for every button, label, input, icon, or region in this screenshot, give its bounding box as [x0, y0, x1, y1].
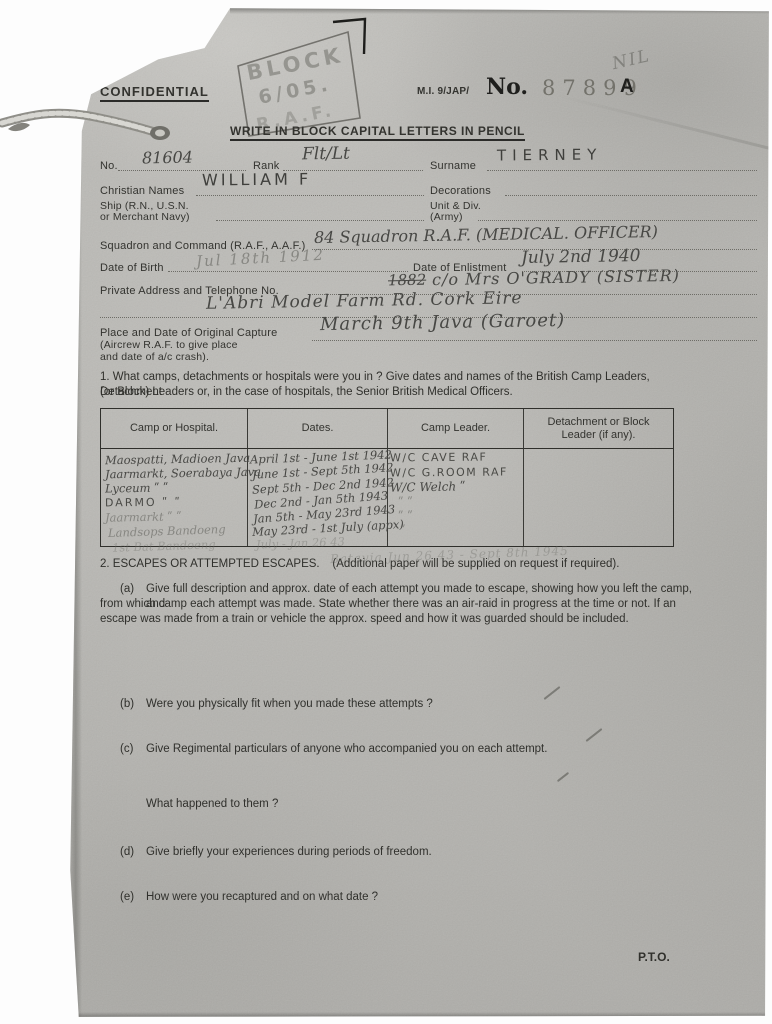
question2d-text: Give briefly your experiences during per…	[146, 845, 432, 860]
question2d-prefix: (d)	[120, 845, 134, 860]
paper-top-edge	[230, 7, 772, 14]
question2a-line2: from which camp each attempt was made. S…	[100, 597, 698, 612]
question2c-followup: What happened to them ?	[146, 797, 278, 812]
pto-marking: P.T.O.	[638, 950, 670, 965]
table-cell-detachment	[523, 449, 673, 546]
capture-value: March 9th Java (Garoet)	[320, 310, 566, 335]
scanned-pow-questionnaire: CONFIDENTIAL BLOCK 6/05. R.A.F. M.I. 9/J…	[0, 0, 772, 1024]
binding-string	[0, 95, 180, 155]
leader-entry: W/C G.ROOM RAF	[390, 465, 508, 479]
question2b-prefix: (b)	[120, 697, 134, 712]
decorations-line	[505, 195, 757, 196]
number-label: No.	[100, 160, 118, 172]
paper-bottom-edge	[70, 1012, 770, 1020]
leader-entry: ʺ	[400, 523, 406, 537]
question2c-text: Give Regimental particulars of anyone wh…	[146, 742, 547, 757]
camp-entry: Jaarmarkt, Soerabaya Java	[105, 465, 261, 482]
camp-entry: Lyceum ʺ ʺ	[105, 480, 169, 495]
table-header-detachment: Detachment or BlockLeader (if any).	[523, 409, 673, 449]
question1-line2: (or Block) Leaders or, in the case of ho…	[100, 385, 696, 400]
question2-heading: 2. ESCAPES OR ATTEMPTED ESCAPES. (Additi…	[100, 557, 700, 572]
capture-label-line2: (Aircrew R.A.F. to give place	[100, 339, 238, 351]
unit-label-line2: (Army)	[430, 211, 463, 223]
question2c-prefix: (c)	[120, 742, 133, 757]
christian-names-label: Christian Names	[100, 185, 184, 197]
question2-title: 2. ESCAPES OR ATTEMPTED ESCAPES.	[100, 558, 320, 570]
paper-left-edge	[68, 90, 82, 1020]
table-header-dates: Dates.	[247, 409, 387, 449]
block-capitals-instruction: WRITE IN BLOCK CAPITAL LETTERS IN PENCIL	[230, 124, 525, 141]
decorations-label: Decorations	[430, 185, 491, 197]
question2a-prefix: (a)	[120, 582, 134, 597]
dob-label: Date of Birth	[100, 262, 164, 274]
unit-line	[478, 220, 757, 221]
leader-entry: ʺ ʺ	[398, 495, 413, 509]
question2a-line3: escape was made from a train or vehicle …	[100, 612, 698, 627]
surname-label: Surname	[430, 160, 476, 172]
christian-names-line	[196, 195, 424, 196]
rank-value: Flt/Lt	[302, 144, 350, 165]
table-header-leader: Camp Leader.	[387, 409, 523, 449]
question2e-prefix: (e)	[120, 890, 134, 905]
form-reference: M.I. 9/JAP/	[417, 86, 469, 97]
camp-entry: DARMO ʺ ʺ	[105, 496, 182, 510]
capture-label-line3: and date of a/c crash).	[100, 351, 209, 363]
dob-line	[168, 271, 408, 272]
address-struck-value: 1882	[388, 271, 426, 290]
capture-line	[312, 340, 757, 341]
question2-note: (Additional paper will be supplied on re…	[332, 558, 619, 570]
leader-entry: W/C Welch ʺ	[390, 479, 466, 494]
question2e-text: How were you recaptured and on what date…	[146, 890, 378, 905]
camp-entry: Jaarmarkt ʺ ʺ	[105, 509, 182, 524]
ship-label-line2: or Merchant Navy)	[100, 211, 190, 223]
christian-names-value: WILLIAM F	[202, 170, 311, 190]
enlistment-value: July 2nd 1940	[521, 246, 641, 268]
surname-value: TIERNEY	[497, 146, 603, 165]
ink-corner-mark	[325, 10, 380, 65]
serial-suffix: A	[620, 76, 634, 98]
surname-line	[487, 170, 757, 171]
question2b-text: Were you physically fit when you made th…	[146, 697, 433, 712]
capture-label-line1: Place and Date of Original Capture	[100, 327, 277, 339]
ship-line	[216, 220, 424, 221]
leader-entry: ʺ ʺ	[398, 509, 413, 523]
serial-label: No.	[486, 74, 528, 100]
leader-entry: W/C CAVE RAF	[390, 451, 487, 465]
table-header-camp: Camp or Hospital.	[101, 409, 247, 449]
